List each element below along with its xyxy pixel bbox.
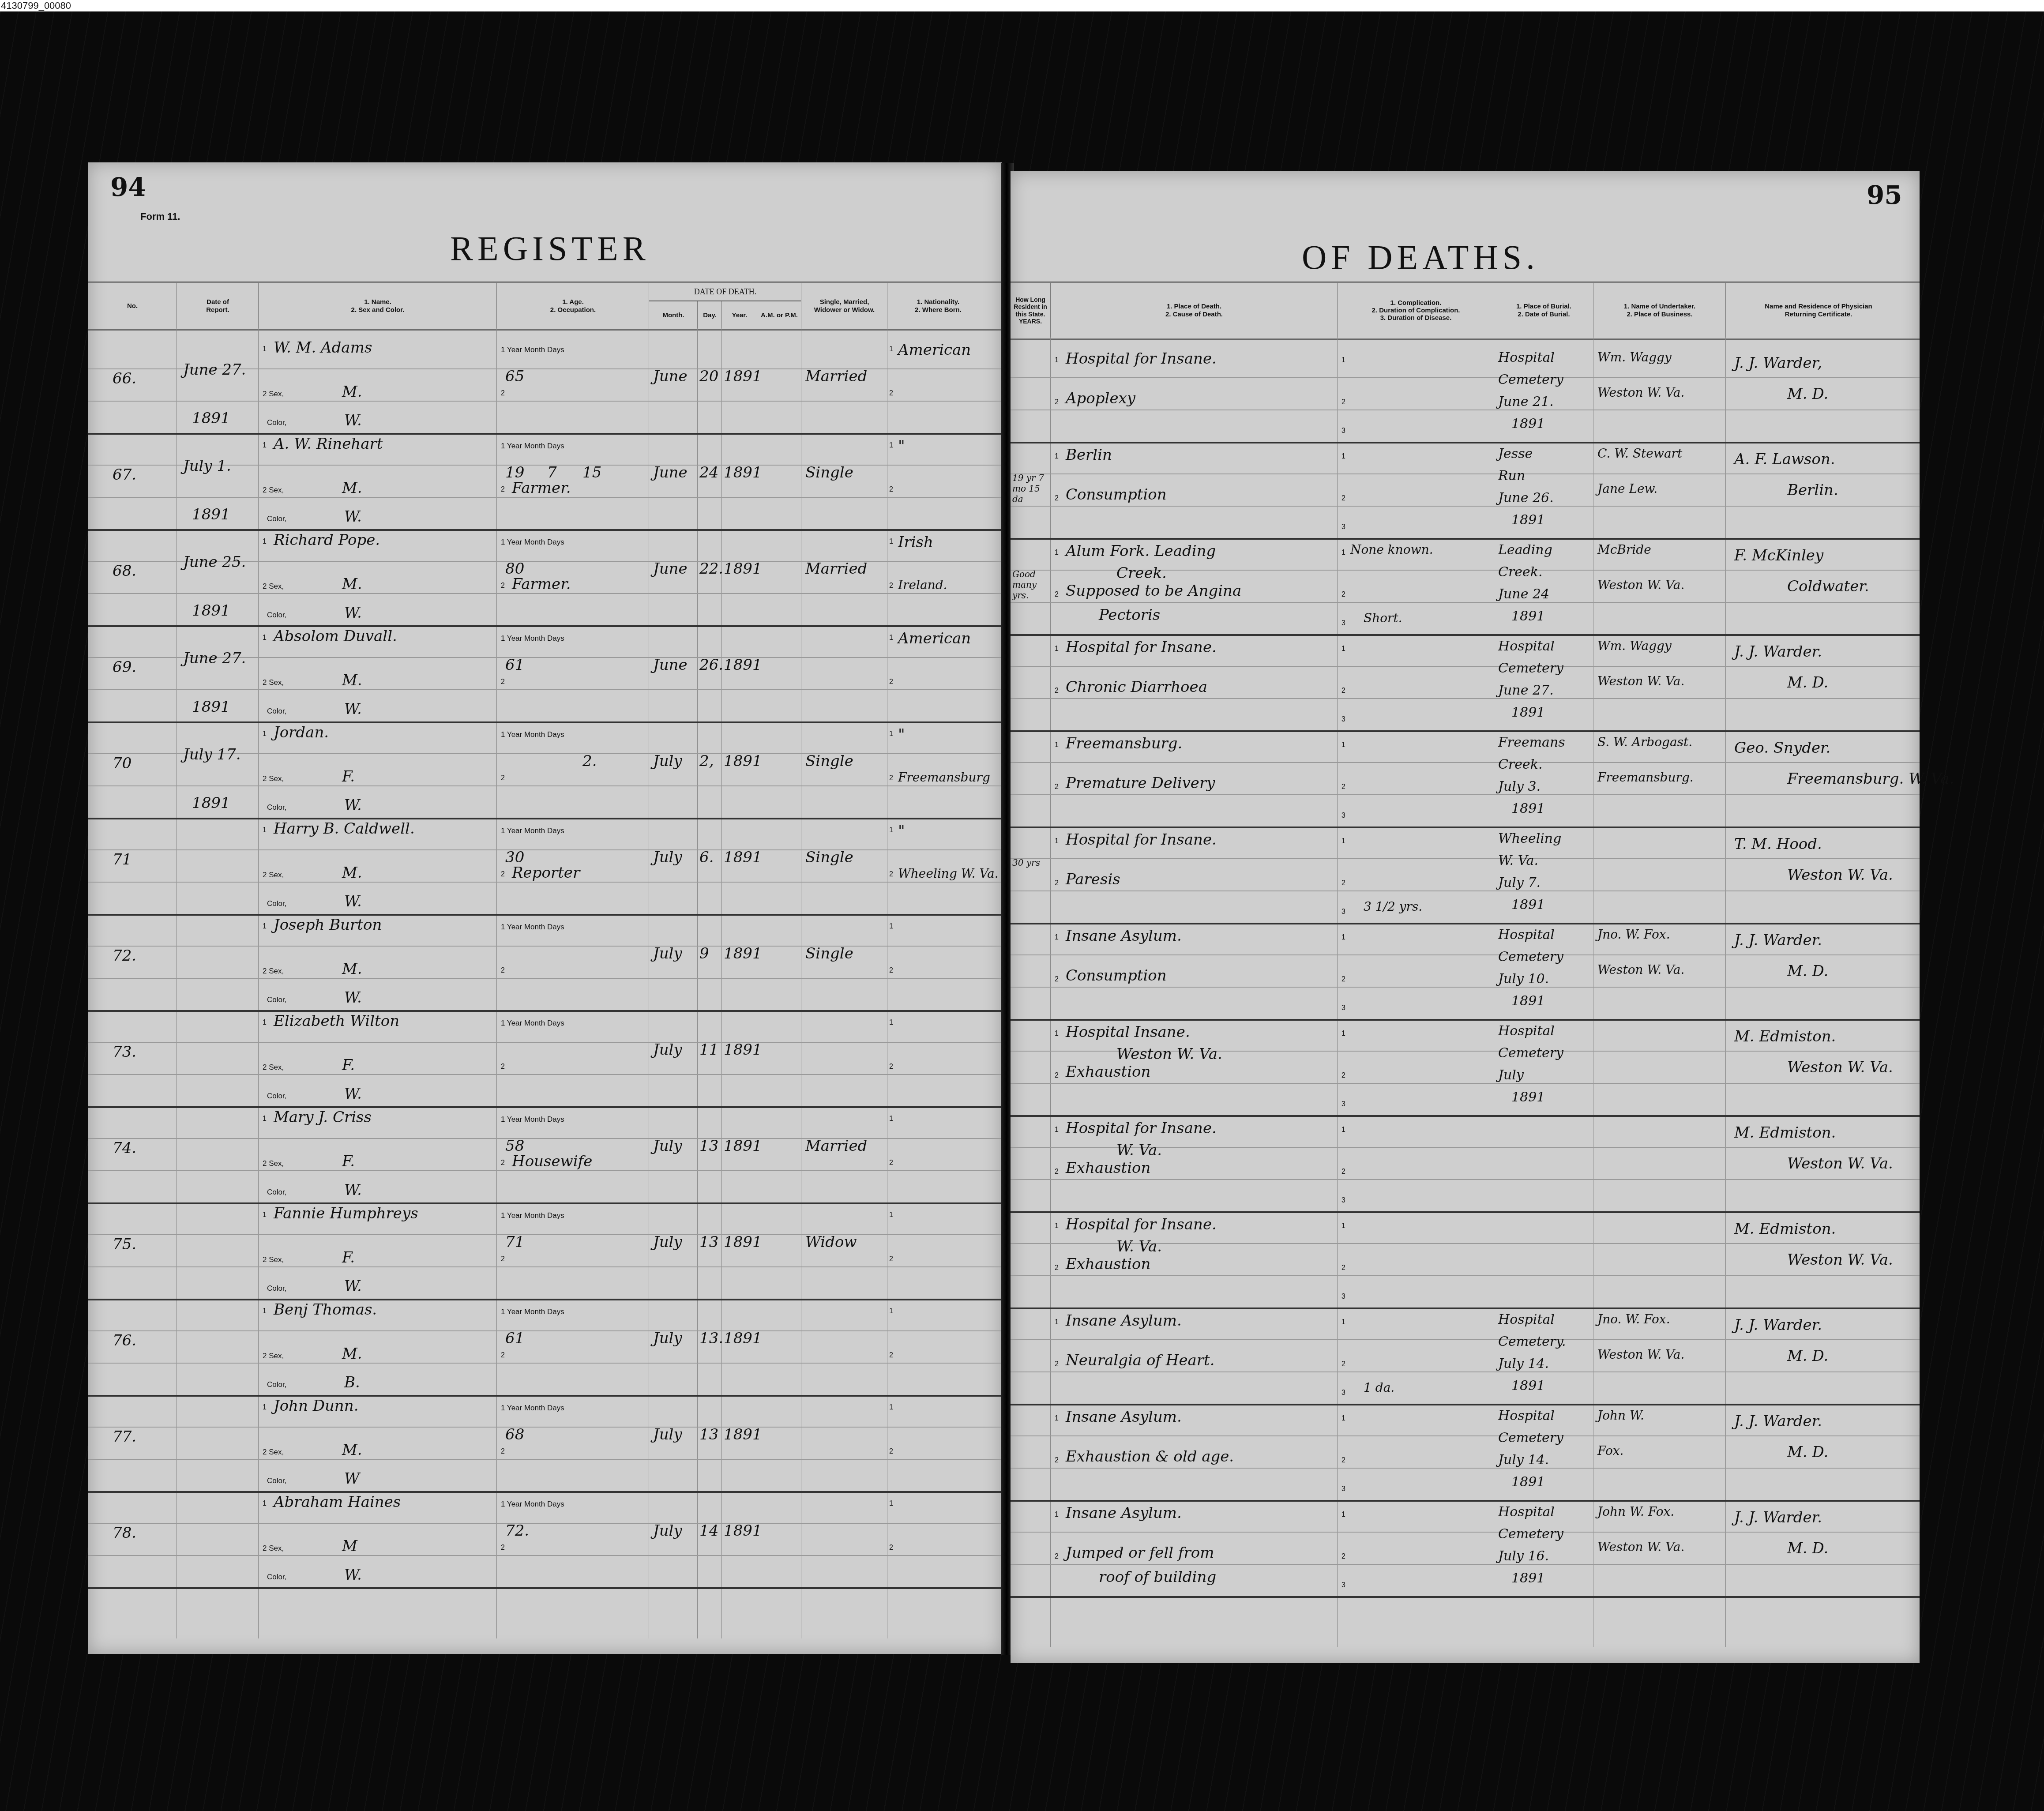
report-year: 1891 [192, 410, 230, 427]
burial-date: July 7. [1498, 875, 1541, 890]
how-long-resident: Good many yrs. [1012, 569, 1049, 601]
printed-2: 2 [889, 774, 893, 782]
decedent-name: Joseph Burton [274, 916, 382, 934]
color-label: Color, [267, 1380, 286, 1389]
sex-label: 2 Sex, [263, 1448, 284, 1457]
printed-2: 2 [1055, 976, 1059, 984]
entry-number: 76. [113, 1332, 136, 1349]
death-day: 11 [699, 1041, 718, 1059]
undertaker-name: John W. [1597, 1408, 1644, 1423]
ruled-line [88, 785, 1002, 786]
printed-1: 1 [263, 346, 267, 353]
sex-value: M. [342, 672, 362, 689]
printed-1: 1 [889, 1115, 893, 1123]
burial-place: Hospital [1498, 1023, 1555, 1039]
column-header-row: How Long Resident in this State. YEARS. … [1011, 282, 1920, 340]
report-date: July 1. [183, 457, 231, 475]
entry-number: 67. [113, 466, 136, 484]
printed-2: 2 [1055, 591, 1059, 599]
burial-place-line-2: W. Va. [1498, 853, 1538, 868]
sex-value: M. [342, 1441, 362, 1459]
place-of-death-line-2: W. Va. [1116, 1142, 1162, 1159]
entry-row: 1Hospital for Insane.2Chronic Diarrhoea1… [1011, 634, 1920, 732]
death-year: 1891 [724, 1522, 762, 1540]
ruled-line [88, 593, 1002, 594]
printed-2: 2 [1341, 495, 1345, 503]
color-value: W. [344, 412, 362, 429]
ruled-line [88, 1170, 1002, 1171]
burial-place: Hospital [1498, 1408, 1555, 1424]
death-day: 13 [699, 1137, 718, 1155]
cause-of-death: Paresis [1066, 871, 1120, 888]
death-year: 1891 [724, 1041, 762, 1059]
entry-number: 74. [113, 1139, 136, 1157]
undertaker-business: Weston W. Va. [1597, 578, 1684, 592]
undertaker-name: Wm. Waggy [1597, 639, 1672, 653]
printed-2: 2 [1341, 591, 1345, 599]
printed-2: 2 [1341, 1360, 1345, 1368]
color-value: W. [344, 797, 362, 814]
report-year: 1891 [192, 794, 230, 812]
burial-place-line-2: Cemetery. [1498, 1334, 1566, 1349]
printed-1: 1 [889, 442, 893, 450]
age-years: 71 [505, 1233, 524, 1251]
page-title-of-deaths: OF DEATHS. [1302, 237, 1539, 277]
age-units-label: 1 Year Month Days [501, 827, 564, 835]
marital-status: Married [805, 560, 867, 578]
cause-of-death: Chronic Diarrhoea [1066, 678, 1207, 696]
decedent-name: Benj Thomas. [274, 1301, 377, 1319]
ruled-line [1011, 410, 1920, 410]
printed-3: 3 [1341, 1485, 1345, 1493]
death-day: 2, [699, 752, 714, 770]
printed-2: 2 [1055, 879, 1059, 887]
death-year: 1891 [724, 1426, 762, 1443]
ruled-line [1011, 1532, 1920, 1533]
entry-row: 75.1Fannie Humphreys2 Sex,F.Color,W.1 Ye… [88, 1202, 1002, 1300]
header-how-long-resident: How Long Resident in this State. YEARS. [1011, 283, 1050, 338]
entry-row: 76.1Benj Thomas.2 Sex,M.Color,B.1 Year M… [88, 1299, 1002, 1397]
sex-label: 2 Sex, [263, 774, 284, 783]
physician-residence: M. D. [1787, 1443, 1828, 1461]
death-year: 1891 [724, 945, 762, 962]
age-units-label: 1 Year Month Days [501, 923, 564, 932]
printed-1: 1 [263, 1211, 267, 1219]
death-day: 13 [699, 1426, 718, 1443]
entry-row: 1Hospital for Insane.2Apoplexy123Hospita… [1011, 346, 1920, 443]
undertaker-name: McBride [1597, 542, 1651, 557]
printed-2: 2 [889, 1544, 893, 1552]
nationality: American [898, 630, 971, 647]
burial-place-line-2: Cemetery [1498, 1526, 1563, 1542]
physician-residence: M. D. [1787, 1347, 1828, 1365]
entry-row: 67.July 1.18911A. W. Rinehart2 Sex,M.Col… [88, 433, 1002, 531]
entry-row: 73.1Elizabeth Wilton2 Sex,F.Color,W.1 Ye… [88, 1010, 1002, 1108]
entry-row: 72.1Joseph Burton2 Sex,M.Color,W.1 Year … [88, 914, 1002, 1012]
printed-1: 1 [263, 1500, 267, 1508]
printed-2: 2 [889, 678, 893, 686]
entry-row: Good many yrs.1Alum Fork. LeadingCreek.2… [1011, 538, 1920, 636]
cause-of-death: Exhaustion [1066, 1063, 1150, 1081]
printed-3: 3 [1341, 1197, 1345, 1205]
entry-row: 68.June 25.18911Richard Pope.2 Sex,M.Col… [88, 529, 1002, 627]
printed-1: 1 [1341, 1319, 1345, 1326]
burial-place: Hospital [1498, 350, 1555, 365]
burial-year: 1891 [1511, 993, 1545, 1009]
ruled-line [1011, 987, 1920, 988]
printed-2: 2 [1055, 1457, 1059, 1465]
entry-row: 1Insane Asylum.2Consumption123HospitalCe… [1011, 923, 1920, 1021]
header-year: Year. [721, 301, 757, 329]
ruled-line [1011, 698, 1920, 699]
undertaker-business: Weston W. Va. [1597, 962, 1684, 977]
physician-residence: M. D. [1787, 962, 1828, 980]
age-units-label: 1 Year Month Days [501, 634, 564, 643]
printed-2: 2 [889, 486, 893, 494]
sex-value: F. [342, 1153, 355, 1170]
ruled-line [1011, 377, 1920, 378]
printed-1: 1 [263, 1115, 267, 1123]
printed-2: 2 [889, 390, 893, 398]
header-day: Day. [697, 301, 722, 329]
death-day: 6. [699, 849, 714, 866]
marital-status: Single [805, 752, 853, 770]
color-label: Color, [267, 1092, 286, 1101]
header-name: 1. Name. 2. Sex and Color. [258, 283, 497, 329]
burial-place: Wheeling [1498, 831, 1561, 846]
age-units-label: 1 Year Month Days [501, 538, 564, 547]
header-date-of-report: Date of Report. [177, 283, 259, 329]
burial-place-line-2: Cemetery [1498, 372, 1563, 387]
header-nationality: 1. Nationality. 2. Where Born. [887, 283, 989, 329]
printed-2: 2 [1341, 783, 1345, 791]
ruled-line [88, 882, 1002, 883]
marital-status: Married [805, 368, 867, 385]
burial-place-line-2: Run [1498, 468, 1525, 484]
ruled-line [1011, 1083, 1920, 1084]
printed-1: 1 [889, 1308, 893, 1315]
entry-row: 77.1John Dunn.2 Sex,M.Color,W1 Year Mont… [88, 1395, 1002, 1493]
nationality: " [898, 437, 905, 455]
death-day: 26. [699, 656, 723, 674]
cause-of-death-line-2: roof of building [1099, 1568, 1216, 1586]
printed-3: 3 [1341, 427, 1345, 435]
ruled-line [1011, 954, 1920, 955]
printed-2: 2 [1341, 1264, 1345, 1272]
ruled-line [1011, 1564, 1920, 1565]
burial-date: June 27. [1498, 683, 1554, 698]
printed-1: 1 [1055, 1030, 1059, 1038]
printed-2: 2 [889, 1255, 893, 1263]
ruled-line [1011, 762, 1920, 763]
age-months: 7 [547, 464, 557, 481]
burial-year: 1891 [1511, 609, 1545, 624]
birthplace: Wheeling W. Va. [898, 866, 999, 881]
decedent-name: Mary J. Criss [274, 1108, 372, 1126]
death-day: 14 [699, 1522, 718, 1540]
sex-value: M. [342, 575, 362, 593]
form-number: Form 11. [140, 211, 180, 222]
burial-date: July [1498, 1067, 1524, 1083]
printed-3: 3 [1341, 716, 1345, 724]
sex-label: 2 Sex, [263, 871, 284, 879]
place-of-death: Hospital for Insane. [1066, 831, 1217, 849]
entry-number: 77. [113, 1428, 136, 1446]
death-year: 1891 [724, 368, 762, 385]
sex-label: 2 Sex, [263, 486, 284, 495]
sex-value: M. [342, 960, 362, 978]
decedent-name: Absolom Duvall. [274, 627, 397, 645]
printed-3: 3 [1341, 908, 1345, 916]
birthplace: Freemansburg [898, 770, 990, 785]
printed-1: 1 [1341, 645, 1345, 653]
death-day: 22. [699, 560, 723, 578]
burial-place: Leading [1498, 542, 1552, 558]
death-month: June [653, 368, 688, 385]
sex-label: 2 Sex, [263, 390, 284, 398]
age-units-label: 1 Year Month Days [501, 1500, 564, 1509]
disease-duration: Short. [1364, 611, 1402, 625]
undertaker-business: Weston W. Va. [1597, 674, 1684, 688]
report-year: 1891 [192, 602, 230, 620]
age-years: 61 [505, 656, 524, 674]
cause-of-death: Exhaustion [1066, 1159, 1150, 1177]
printed-2: 2 [501, 582, 505, 590]
sex-label: 2 Sex, [263, 1159, 284, 1168]
printed-1: 1 [1341, 1222, 1345, 1230]
entry-row: 1Insane Asylum.2Exhaustion & old age.123… [1011, 1404, 1920, 1502]
physician-residence: Freemansburg. W. Va. [1787, 770, 1954, 788]
age-years: 72. [505, 1522, 529, 1540]
undertaker-name: Jno. W. Fox. [1597, 1312, 1670, 1326]
printed-1: 1 [1055, 453, 1059, 461]
burial-place-line-2: Cemetery [1498, 949, 1563, 965]
printed-2: 2 [889, 1063, 893, 1071]
physician-residence: Weston W. Va. [1787, 1059, 1893, 1076]
cause-of-death: Exhaustion [1066, 1255, 1150, 1273]
undertaker-business: Weston W. Va. [1597, 1540, 1684, 1554]
printed-1: 1 [1055, 1511, 1059, 1519]
color-label: Color, [267, 707, 286, 716]
age-years: 68 [505, 1426, 524, 1443]
printed-1: 1 [1341, 838, 1345, 845]
decedent-name: Elizabeth Wilton [274, 1012, 399, 1030]
place-of-death: Hospital Insane. [1066, 1023, 1190, 1041]
physician-residence: Weston W. Va. [1787, 1155, 1893, 1172]
entry-row: 66.June 27.18911W. M. Adams2 Sex,M.Color… [88, 337, 1002, 435]
ruled-line [1011, 666, 1920, 667]
entry-row: 711Harry B. Caldwell.2 Sex,M.Color,W.1 Y… [88, 818, 1002, 916]
printed-1: 1 [889, 1211, 893, 1219]
printed-2: 2 [1341, 976, 1345, 984]
death-month: July [653, 1426, 682, 1443]
entry-row: 19 yr 7 mo 15 da1Berlin2Consumption123Je… [1011, 442, 1920, 540]
complication: None known. [1350, 542, 1433, 557]
header-am-pm: A.M. or P.M. [757, 301, 801, 329]
header-marital: Single, Married, Widower or Widow. [801, 283, 887, 329]
occupation: Farmer. [512, 479, 571, 497]
decedent-name: Fannie Humphreys [274, 1205, 418, 1222]
entry-number: 70 [113, 755, 132, 772]
age-days: 2. [582, 752, 597, 770]
entry-row: 1Hospital for Insane.W. Va.2Exhaustion12… [1011, 1211, 1920, 1309]
death-month: July [653, 1041, 682, 1059]
place-of-death-line-2: W. Va. [1116, 1238, 1162, 1255]
burial-date: June 21. [1498, 394, 1554, 410]
printed-2: 2 [889, 1448, 893, 1456]
how-long-resident: 30 yrs [1012, 857, 1049, 868]
ruled-line [88, 978, 1002, 979]
sex-value: M. [342, 864, 362, 882]
printed-3: 3 [1341, 1582, 1345, 1589]
place-of-death: Insane Asylum. [1066, 1312, 1182, 1330]
undertaker-name: C. W. Stewart [1597, 446, 1682, 461]
death-year: 1891 [724, 656, 762, 674]
printed-2: 2 [501, 1159, 505, 1167]
ruled-line [1011, 858, 1920, 859]
printed-2: 2 [501, 871, 505, 879]
printed-2: 2 [1055, 398, 1059, 406]
sex-value: F. [342, 1056, 355, 1074]
ruled-line [88, 946, 1002, 947]
printed-1: 1 [1341, 934, 1345, 942]
death-month: June [653, 656, 688, 674]
age-units-label: 1 Year Month Days [501, 730, 564, 739]
disease-duration: 1 da. [1364, 1380, 1394, 1395]
place-of-death: Berlin [1066, 446, 1112, 464]
place-of-death: Hospital for Insane. [1066, 639, 1217, 656]
death-year: 1891 [724, 464, 762, 481]
image-label: 4130799_00080 [0, 0, 2044, 11]
place-of-death: Insane Asylum. [1066, 1408, 1182, 1426]
age-units-label: 1 Year Month Days [501, 1404, 564, 1413]
age-years: 58 [505, 1137, 524, 1155]
printed-1: 1 [263, 1404, 267, 1412]
sex-value: M. [342, 1345, 362, 1363]
physician-residence: Weston W. Va. [1787, 1251, 1893, 1269]
ruled-line [88, 1363, 1002, 1364]
ruled-line [1011, 1435, 1920, 1436]
color-value: W. [344, 1566, 362, 1584]
entry-number: 69. [113, 658, 136, 676]
death-month: July [653, 849, 682, 866]
ruled-line [88, 1330, 1002, 1331]
burial-date: July 3. [1498, 779, 1541, 794]
printed-2: 2 [1055, 1360, 1059, 1368]
color-value: W. [344, 989, 362, 1007]
age-years: 30 [505, 849, 524, 866]
place-of-death: Insane Asylum. [1066, 1504, 1182, 1522]
printed-2: 2 [889, 1159, 893, 1167]
ruled-line [88, 1042, 1002, 1043]
birthplace: Ireland. [898, 578, 947, 592]
printed-1: 1 [889, 827, 893, 834]
decedent-name: Abraham Haines [274, 1493, 401, 1511]
printed-1: 1 [1055, 741, 1059, 749]
death-day: 20 [699, 368, 718, 385]
printed-1: 1 [889, 538, 893, 546]
color-value: W. [344, 1277, 362, 1295]
physician-residence: Coldwater. [1787, 578, 1869, 595]
marital-status: Single [805, 945, 853, 962]
printed-2: 2 [1341, 1457, 1345, 1465]
sex-value: M [342, 1537, 357, 1555]
header-age: 1. Age. 2. Occupation. [496, 283, 649, 329]
place-of-death: Alum Fork. Leading [1066, 542, 1216, 560]
ruled-line [88, 849, 1002, 850]
printed-2: 2 [501, 774, 505, 782]
burial-place-line-2: Creek. [1498, 757, 1543, 772]
printed-2: 2 [1341, 687, 1345, 695]
ruled-line [88, 1555, 1002, 1556]
printed-2: 2 [501, 678, 505, 686]
printed-1: 1 [889, 1019, 893, 1027]
printed-1: 1 [263, 730, 267, 738]
printed-2: 2 [501, 1352, 505, 1360]
printed-1: 1 [263, 538, 267, 546]
printed-2: 2 [501, 390, 505, 398]
death-day: 13. [699, 1330, 723, 1347]
how-long-resident: 19 yr 7 mo 15 da [1012, 473, 1049, 504]
cause-of-death: Premature Delivery [1066, 774, 1215, 792]
entry-row: 69.June 27.18911Absolom Duvall.2 Sex,M.C… [88, 625, 1002, 723]
burial-date: July 14. [1498, 1356, 1549, 1371]
entry-row: 30 yrs1Hospital for Insane.2Paresis1233 … [1011, 827, 1920, 924]
color-value: W. [344, 508, 362, 526]
burial-year: 1891 [1511, 1571, 1545, 1586]
physician-name: J. J. Warder. [1734, 1509, 1822, 1526]
burial-year: 1891 [1511, 897, 1545, 913]
burial-place: Hospital [1498, 927, 1555, 943]
decedent-name: Jordan. [274, 724, 329, 741]
sex-label: 2 Sex, [263, 678, 284, 687]
entry-number: 68. [113, 562, 136, 580]
color-value: W. [344, 893, 362, 910]
printed-1: 1 [1341, 1030, 1345, 1038]
death-year: 1891 [724, 752, 762, 770]
undertaker-business: Freemansburg. [1597, 770, 1694, 785]
sex-label: 2 Sex, [263, 1352, 284, 1360]
printed-2: 2 [501, 967, 505, 975]
printed-2: 2 [501, 1255, 505, 1263]
cause-of-death: Exhaustion & old age. [1066, 1448, 1234, 1465]
color-label: Color, [267, 1284, 286, 1293]
color-label: Color, [267, 515, 286, 523]
entry-row: 70July 17.18911Jordan.2 Sex,F.Color,W.1 … [88, 721, 1002, 819]
ruled-line [88, 1266, 1002, 1267]
ruled-line [1011, 602, 1920, 603]
ruled-line [1011, 473, 1920, 474]
header-complication: 1. Complication. 2. Duration of Complica… [1337, 283, 1494, 338]
printed-2: 2 [501, 1448, 505, 1456]
ruled-line [88, 1074, 1002, 1075]
physician-name: M. Edmiston. [1734, 1220, 1836, 1238]
color-value: W. [344, 700, 362, 718]
death-year: 1891 [724, 1137, 762, 1155]
undertaker-business: Weston W. Va. [1597, 385, 1684, 400]
printed-1: 1 [263, 634, 267, 642]
printed-2: 2 [501, 486, 505, 494]
burial-place: Hospital [1498, 1312, 1555, 1327]
nationality: American [898, 341, 971, 359]
place-of-death: Hospital for Insane. [1066, 1120, 1217, 1137]
sex-label: 2 Sex, [263, 1255, 284, 1264]
report-date: June 27. [183, 361, 246, 379]
printed-1: 1 [1341, 1126, 1345, 1134]
ruled-line [1011, 1275, 1920, 1276]
printed-2: 2 [1055, 1553, 1059, 1561]
printed-3: 3 [1341, 523, 1345, 531]
